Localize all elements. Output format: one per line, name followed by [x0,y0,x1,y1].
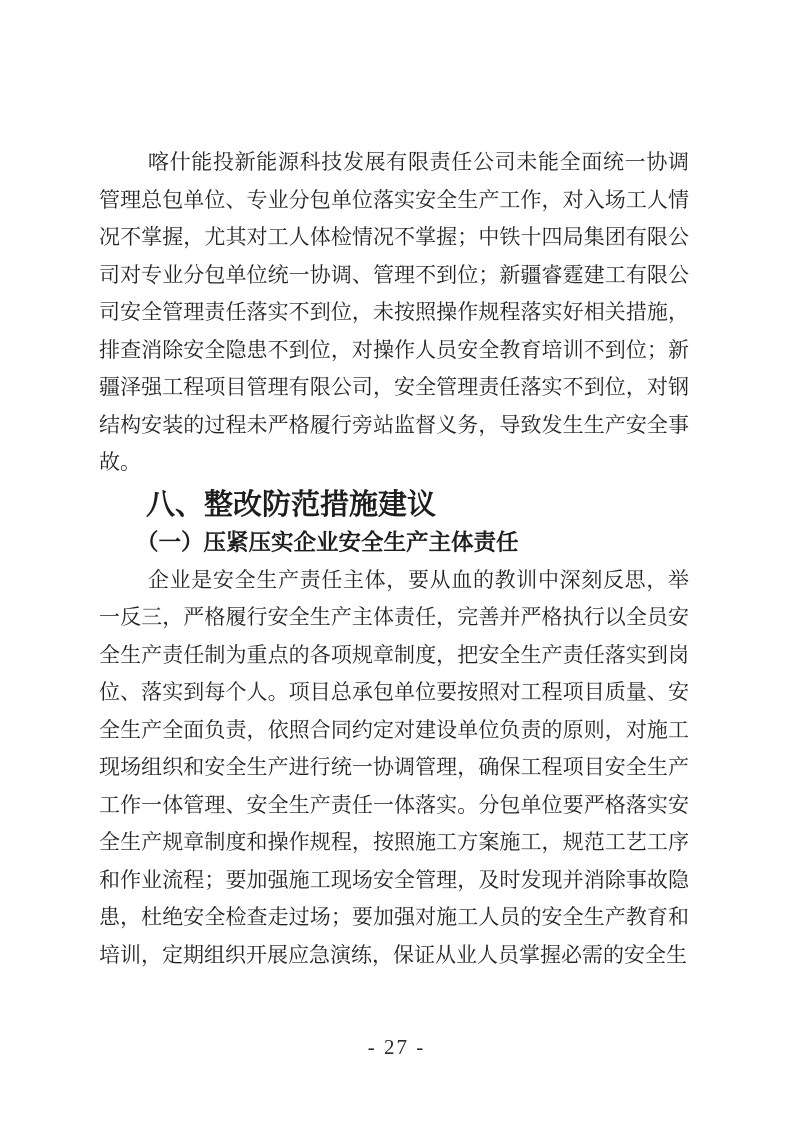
document-page: 喀什能投新能源科技发展有限责任公司未能全面统一协调管理总包单位、专业分包单位落实… [0,0,793,1122]
page-number: - 27 - [0,1032,793,1062]
subsection-heading-enterprise-responsibility: （一）压紧压实企业安全生产主体责任 [99,524,689,562]
paragraph-enterprise-responsibility-measures: 企业是安全生产责任主体，要从血的教训中深刻反思，举一反三，严格履行安全生产主体责… [99,562,689,975]
paragraph-responsibility-findings: 喀什能投新能源科技发展有限责任公司未能全面统一协调管理总包单位、专业分包单位落实… [99,144,689,482]
section-heading-rectification-suggestions: 八、整改防范措施建议 [99,482,689,525]
document-body: 喀什能投新能源科技发展有限责任公司未能全面统一协调管理总包单位、专业分包单位落实… [99,144,689,974]
